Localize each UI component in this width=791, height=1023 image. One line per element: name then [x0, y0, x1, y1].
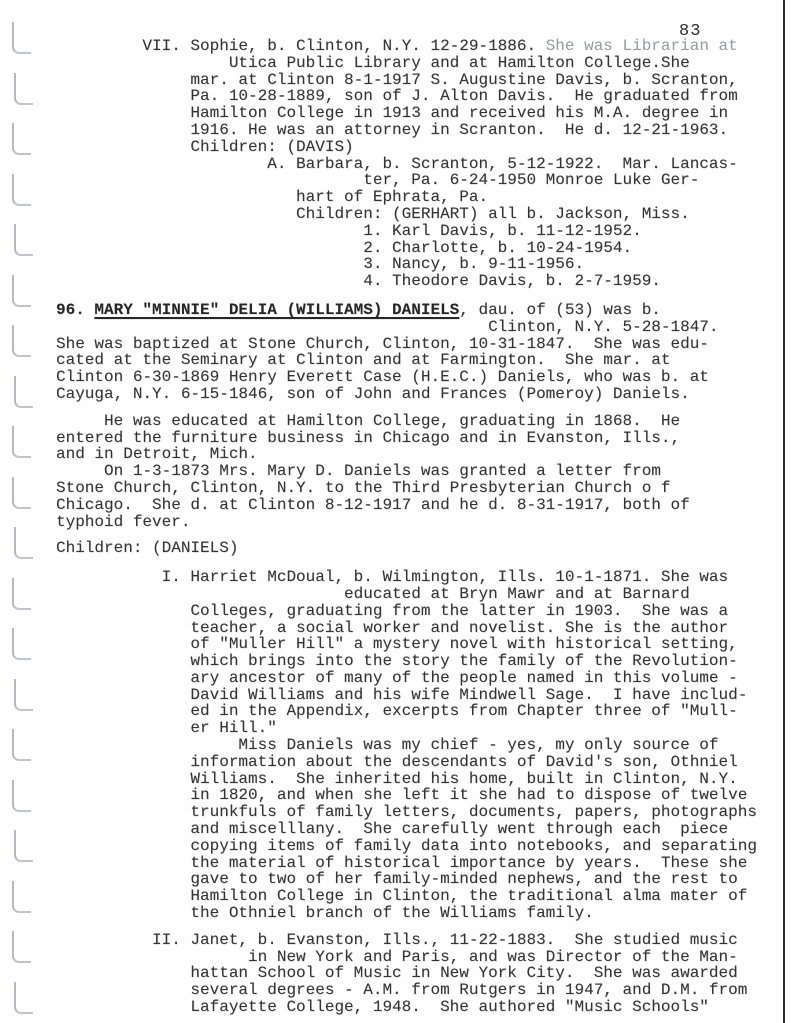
- section-vii-first-line: VII. Sophie, b. Clinton, N.Y. 12-29-1886…: [56, 38, 779, 55]
- binding-mark: [14, 376, 33, 408]
- binding-mark: [12, 931, 31, 963]
- heading-after-name: , dau. of (53) was b.: [459, 301, 661, 319]
- binding-mark: [12, 881, 31, 913]
- section-vii-body: Utica Public Library and at Hamilton Col…: [56, 55, 779, 290]
- binding-mark: [12, 275, 31, 307]
- generation-heading: 96. MARY "MINNIE" DELIA (WILLIAMS) DANIE…: [56, 302, 779, 403]
- binding-mark: [12, 426, 31, 458]
- binding-mark: [12, 174, 31, 206]
- binding-mark: [12, 628, 31, 660]
- page-content: VII. Sophie, b. Clinton, N.Y. 12-29-1886…: [56, 38, 779, 1016]
- heading-name-underlined: MARY "MINNIE" DELIA (WILLIAMS) DANIELS: [94, 301, 459, 319]
- binding-mark: [12, 477, 31, 509]
- heading-number: 96.: [56, 301, 94, 319]
- child-entry-i: I. Harriet McDoual, b. Wilmington, Ills.…: [56, 569, 779, 922]
- section-96-paragraph-1: She was baptized at Stone Church, Clinto…: [56, 336, 779, 403]
- binding-mark: [14, 982, 33, 1014]
- binding-mark: [12, 123, 31, 155]
- scan-edge-line: [783, 0, 785, 1023]
- heading-line2: Clinton, N.Y. 5-28-1847.: [56, 319, 779, 336]
- heading-line: 96. MARY "MINNIE" DELIA (WILLIAMS) DANIE…: [56, 302, 779, 319]
- section-vii-line1-text: VII. Sophie, b. Clinton, N.Y. 12-29-1886…: [56, 37, 546, 55]
- binding-mark: [12, 729, 31, 761]
- section-vii-entry: VII. Sophie, b. Clinton, N.Y. 12-29-1886…: [56, 38, 779, 290]
- binding-marks: [12, 0, 52, 1023]
- children-daniels-label: Children: (DANIELS): [56, 540, 779, 557]
- binding-mark: [12, 578, 31, 610]
- binding-mark: [14, 830, 33, 862]
- binding-mark: [14, 679, 33, 711]
- binding-mark: [12, 780, 31, 812]
- binding-mark: [14, 73, 33, 105]
- child-entry-ii: II. Janet, b. Evanston, Ills., 11-22-188…: [56, 932, 779, 1016]
- section-96-paragraph-2: He was educated at Hamilton College, gra…: [56, 413, 779, 531]
- section-vii-line1-faded-text: She was Librarian at: [546, 37, 738, 55]
- scanned-page: 83 VII. Sophie, b. Clinton, N.Y. 12-29-1…: [0, 0, 791, 1023]
- binding-mark: [14, 527, 33, 559]
- binding-mark: [14, 224, 33, 256]
- binding-mark: [12, 22, 31, 54]
- binding-mark: [12, 325, 31, 357]
